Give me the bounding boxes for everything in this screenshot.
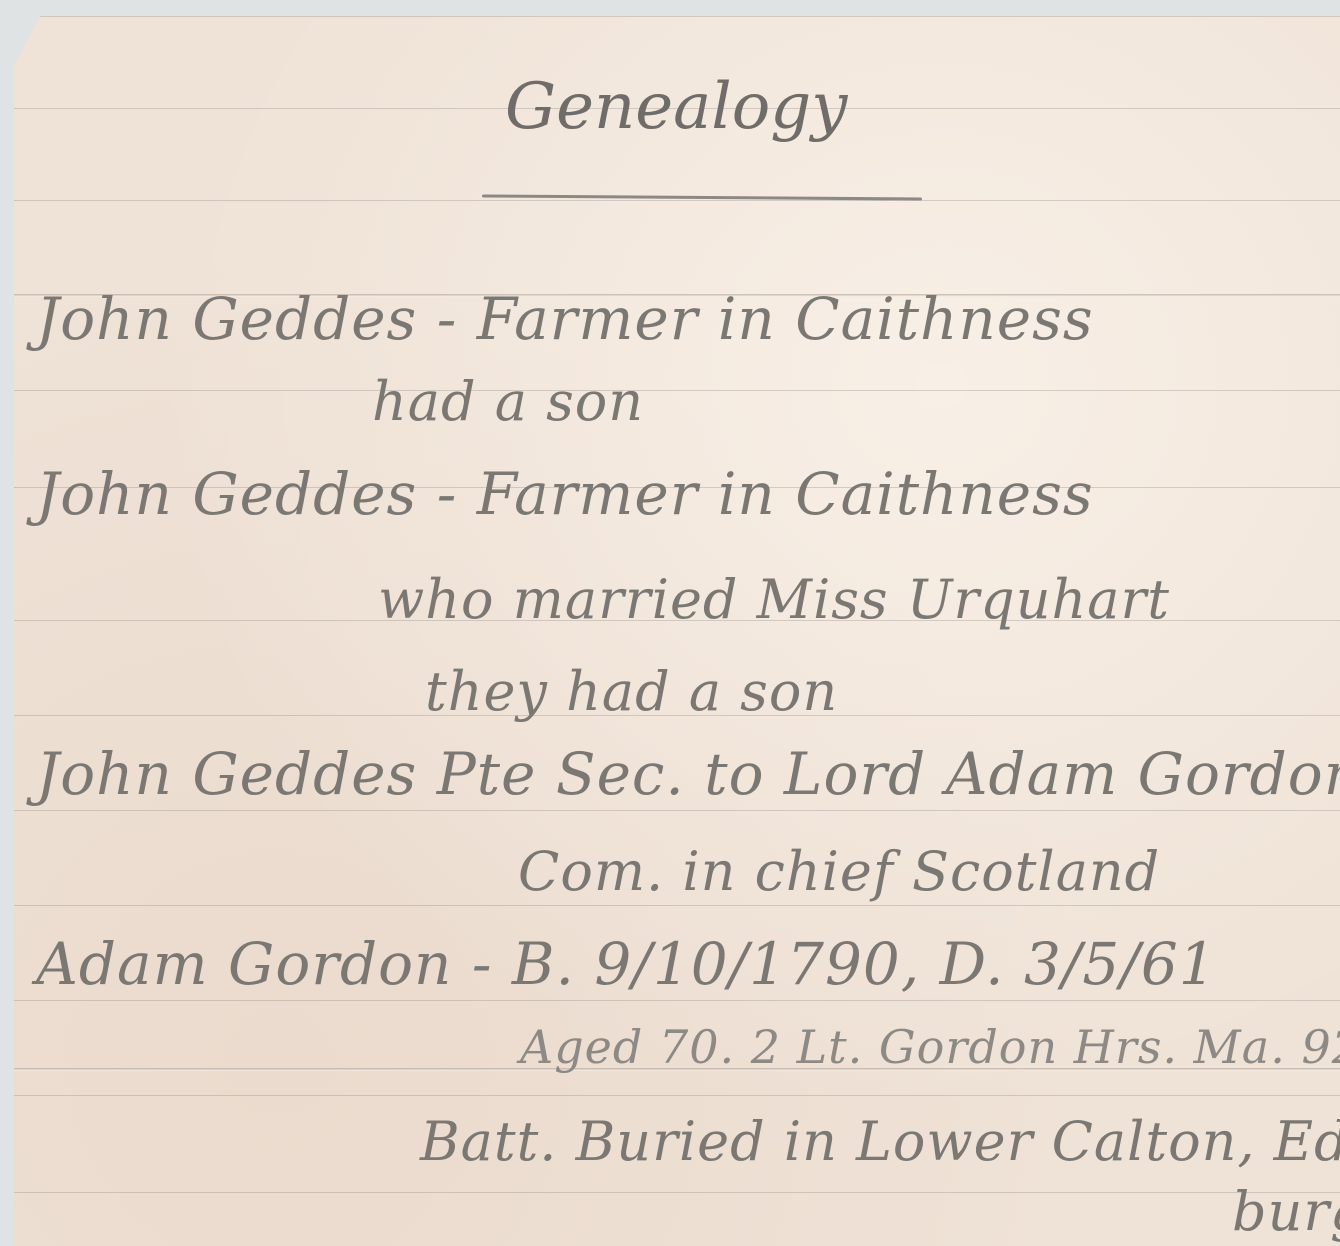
ruled-line xyxy=(14,390,1340,391)
line-john-geddes-secretary: John Geddes Pte Sec. to Lord Adam Gordon xyxy=(36,740,1340,808)
line-had-a-son: had a son xyxy=(372,370,644,433)
ruled-line xyxy=(14,16,1340,17)
line-john-geddes-1: John Geddes - Farmer in Caithness xyxy=(36,285,1094,353)
ruled-line xyxy=(14,1095,1340,1096)
ruled-line xyxy=(14,905,1340,906)
ruled-line xyxy=(14,1000,1340,1001)
line-aged-regiment: Aged 70. 2 Lt. Gordon Hrs. Ma. 92nd xyxy=(520,1020,1340,1074)
ruled-line xyxy=(14,200,1340,201)
line-com-in-chief-scotland: Com. in chief Scotland xyxy=(518,840,1160,903)
line-burg: burg xyxy=(1232,1180,1340,1243)
line-adam-gordon-dates: Adam Gordon - B. 9/10/1790, D. 3/5/61 xyxy=(36,930,1217,998)
ruled-line xyxy=(14,810,1340,811)
ruled-line xyxy=(14,1192,1340,1193)
line-john-geddes-2: John Geddes - Farmer in Caithness xyxy=(36,460,1094,528)
line-they-had-a-son: they had a son xyxy=(425,660,838,723)
page-title: Genealogy xyxy=(505,70,847,144)
line-married-miss-urquhart: who married Miss Urquhart xyxy=(378,568,1170,631)
line-buried-lower-calton: Batt. Buried in Lower Calton, Edin- xyxy=(420,1110,1340,1173)
